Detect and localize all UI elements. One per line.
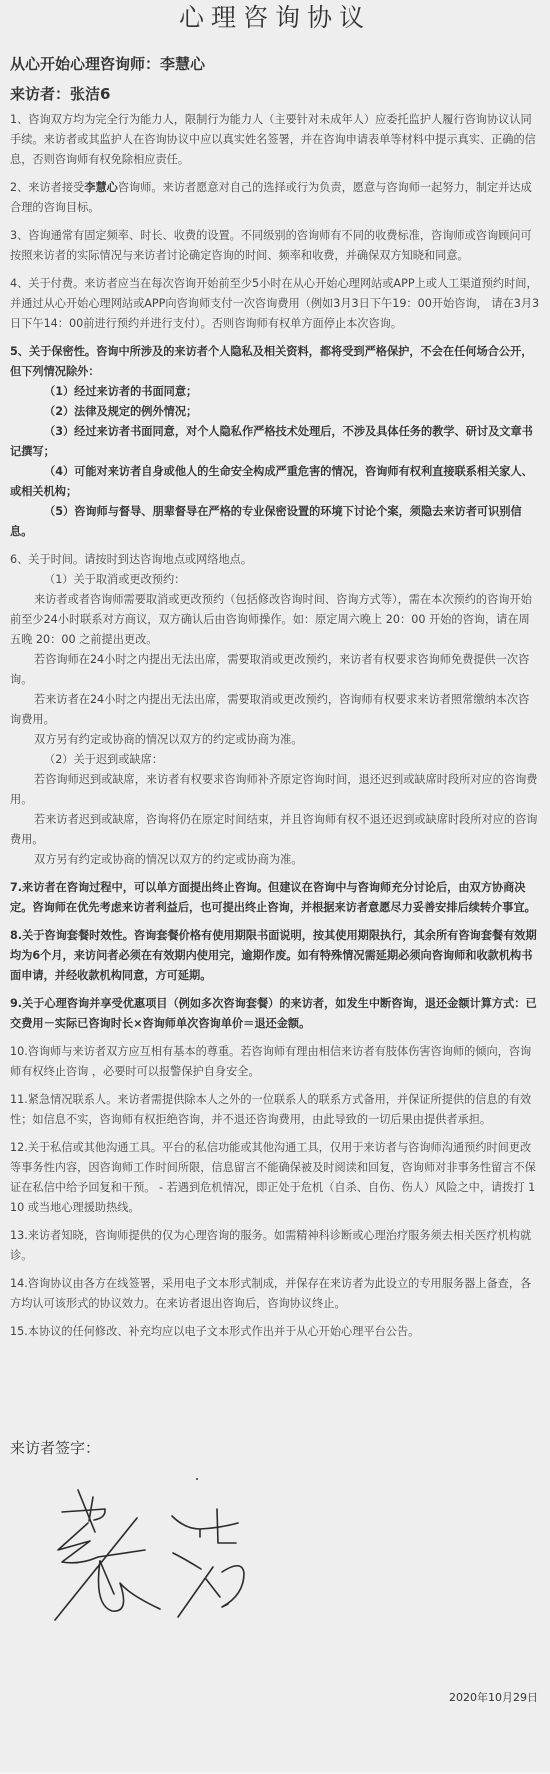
page-title: 心理咨询协议 bbox=[0, 0, 550, 36]
handwritten-signature bbox=[50, 1485, 280, 1625]
clause-7: 7.来访者在咨询过程中，可以单方面提出终止咨询。但建议在咨询中与咨询师充分讨论后… bbox=[10, 878, 540, 918]
clause-5-item: （3）经过来访者书面同意，对个人隐私作严格技术处理后，不涉及具体任务的教学、研讨… bbox=[10, 422, 540, 462]
clause-6-sub2-para: 双方另有约定或协商的情况以双方的约定或协商为准。 bbox=[10, 850, 540, 870]
clause-12: 12.关于私信或其他沟通工具。平台的私信功能或其他沟通工具，仅用于来访者与咨询师… bbox=[10, 1138, 540, 1218]
clause-6-sub2-para: 若咨询师迟到或缺席，来访者有权要求咨询师补齐原定咨询时间，退还迟到或缺席时段所对… bbox=[10, 770, 540, 810]
clause-5-item: （5）咨询师与督导、朋辈督导在严格的专业保密设置的环境下讨论个案，须隐去来访者可… bbox=[10, 502, 540, 542]
clause-10: 10.咨询师与来访者双方应互相有基本的尊重。若咨询师有理由相信来访者有肢体伤害咨… bbox=[10, 1042, 540, 1082]
clause-4: 4、关于付费。来访者应当在每次咨询开始前至少5小时在从心开始心理网站或APP上或… bbox=[10, 274, 540, 334]
clause-2: 2、来访者接受李慧心咨询师。来访者愿意对自己的选择或行为负责，愿意与咨询师一起努… bbox=[10, 178, 540, 218]
clause-13: 13.来访者知晓，咨询师提供的仅为心理咨询的服务。如需精神科诊断或心理治疗服务须… bbox=[10, 1226, 540, 1266]
clause-9: 9.关于心理咨询并享受优惠项目（例如多次咨询套餐）的来访者，如发生中断咨询，退还… bbox=[10, 994, 540, 1034]
clause-6-sub1-para: 来访者或者咨询师需要取消或更改预约（包括修改咨询时间、咨询方式等），需在本次预约… bbox=[10, 590, 540, 650]
agreement-page: 心理咨询协议 从心开始心理咨询师：李慧心 来访者：张洁6 1、咨询双方均为完全行… bbox=[0, 0, 550, 1774]
counselor-name: 李慧心 bbox=[84, 181, 118, 194]
clause-1: 1、咨询双方均为完全行为能力人，限制行为能力人（主要针对未成年人）应委托监护人履… bbox=[10, 110, 540, 170]
clause-3: 3、咨询通常有固定频率、时长、收费的设置。不同级别的咨询师有不同的收费标准，咨询… bbox=[10, 226, 540, 266]
clause-6-sub2-title: （2）关于迟到或缺席： bbox=[10, 750, 540, 770]
ink-dot bbox=[196, 1478, 198, 1480]
clause-11: 11.紧急情况联系人。来访者需提供除本人之外的一位联系人的联系方式备用，并保证所… bbox=[10, 1090, 540, 1130]
signature-date: 2020年10月29日 bbox=[449, 1689, 538, 1705]
clause-6-sub2-para: 若来访者迟到或缺席，咨询将仍在原定时间结束，并且咨询师有权不退还迟到或缺席时段所… bbox=[10, 810, 540, 850]
clause-8: 8.关于咨询套餐时效性。咨询套餐价格有使用期限书面说明，按其使用期限执行，其余所… bbox=[10, 926, 540, 986]
clause-14: 14.咨询协议由各方在线签署，采用电子文本形式制成，并保存在来访者为此设立的专用… bbox=[10, 1274, 540, 1314]
clause-5-item: （1）经过来访者的书面同意； bbox=[10, 382, 540, 402]
visitor-line: 来访者：张洁6 bbox=[10, 83, 110, 104]
clause-15: 15.本协议的任何修改、补充均应以电子文本形式作出并于从心开始心理平台公告。 bbox=[10, 1322, 540, 1342]
clause-6-sub1-para: 双方另有约定或协商的情况以双方的约定或协商为准。 bbox=[10, 730, 540, 750]
clause-6: 6、关于时间。请按时到达咨询地点或网络地点。 bbox=[10, 550, 540, 570]
clause-6-sub1-para: 若来访者在24小时之内提出无法出席，需要取消或更改预约，咨询师有权要求来访者照常… bbox=[10, 690, 540, 730]
clause-6-sub1-title: （1）关于取消或更改预约： bbox=[10, 570, 540, 590]
counselor-line: 从心开始心理咨询师：李慧心 bbox=[10, 53, 205, 74]
clause-5-item: （4）可能对来访者自身或他人的生命安全构成严重危害的情况，咨询师有权利直接联系相… bbox=[10, 462, 540, 502]
clause-2-prefix: 2、来访者接受 bbox=[10, 181, 84, 194]
signature-label: 来访者签字： bbox=[10, 1437, 100, 1458]
clause-5: 5、关于保密性。咨询中所涉及的来访者个人隐私及相关资料，都将受到严格保护，不会在… bbox=[10, 342, 540, 382]
clause-6-sub1-para: 若咨询师在24小时之内提出无法出席，需要取消或更改预约，来访者有权要求咨询师免费… bbox=[10, 650, 540, 690]
clause-list: 1、咨询双方均为完全行为能力人，限制行为能力人（主要针对未成年人）应委托监护人履… bbox=[10, 110, 540, 1350]
clause-5-item: （2）法律及规定的例外情况； bbox=[10, 402, 540, 422]
